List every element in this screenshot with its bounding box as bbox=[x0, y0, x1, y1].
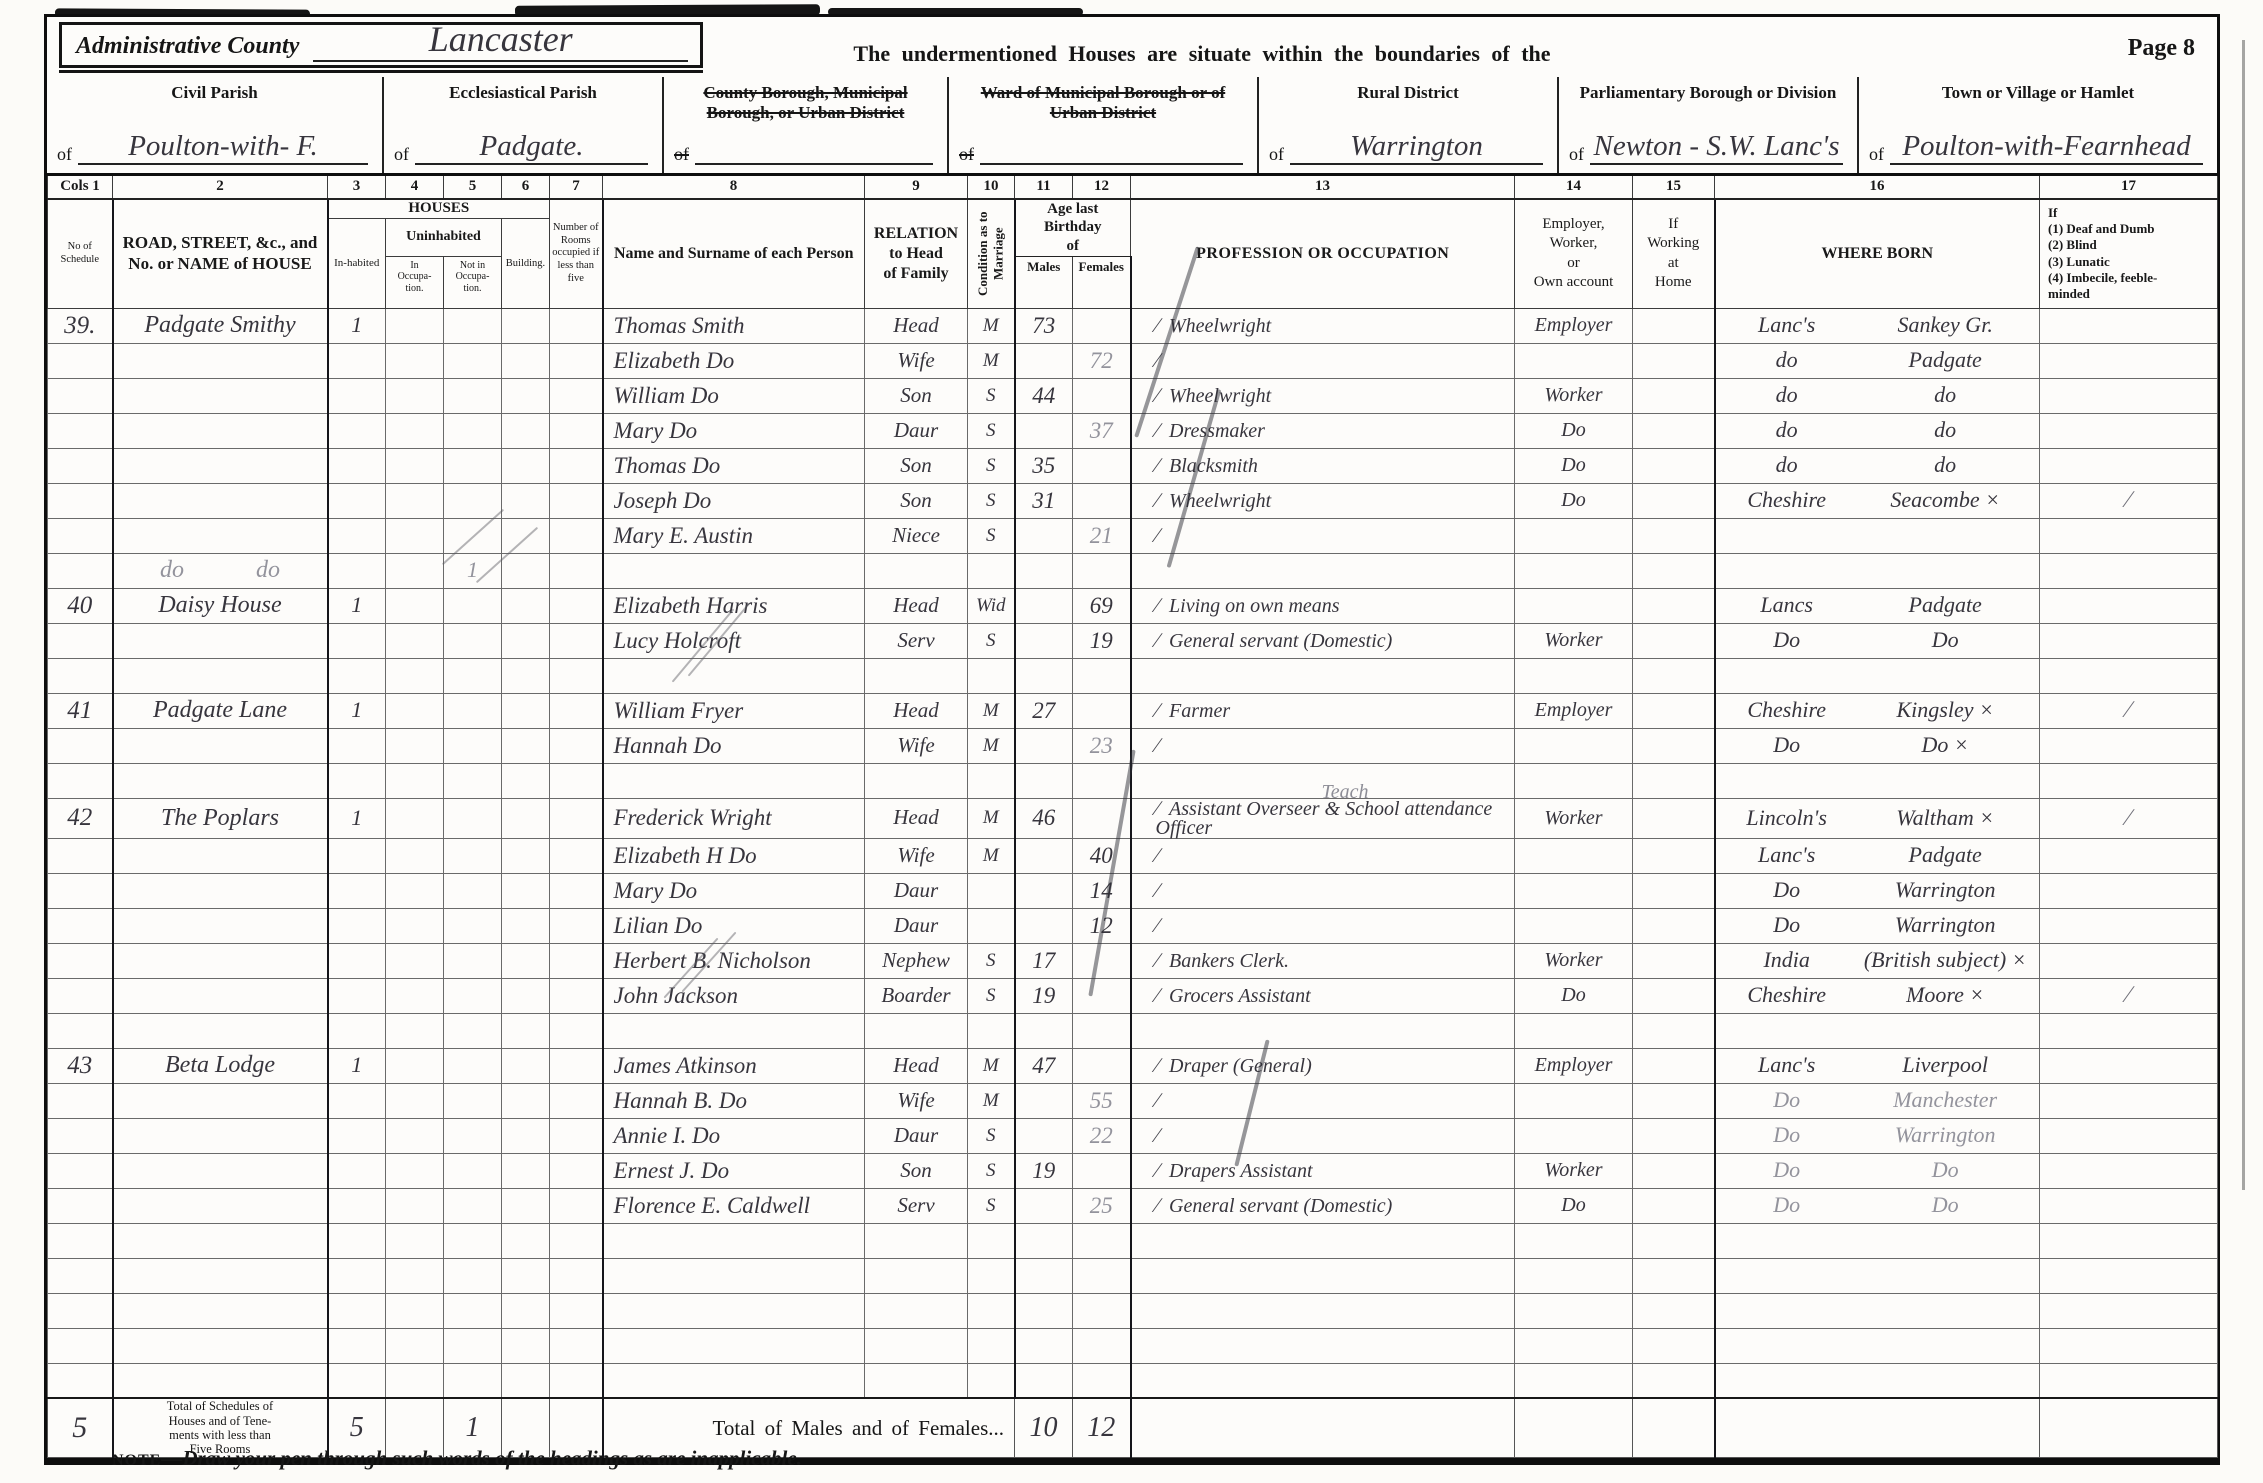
cell-inh bbox=[328, 553, 386, 588]
table-row: Herbert B. NicholsonNephewS17∕Bankers Cl… bbox=[48, 943, 2218, 978]
cell-occ bbox=[386, 588, 444, 623]
cell-occ bbox=[386, 658, 444, 693]
cell-emp bbox=[1515, 1293, 1633, 1328]
cell-road bbox=[113, 483, 328, 518]
cell-bld bbox=[502, 908, 550, 943]
cell-home bbox=[1633, 798, 1715, 838]
cell-name bbox=[603, 763, 865, 798]
cell-inf bbox=[2040, 308, 2218, 343]
col-number: 17 bbox=[2040, 175, 2218, 199]
cell-cond bbox=[968, 1293, 1015, 1328]
cell-sch: 43 bbox=[48, 1048, 113, 1083]
cell-rooms bbox=[550, 1328, 603, 1363]
table-row bbox=[48, 1293, 2218, 1328]
table-row: 40Daisy House1Elizabeth HarrisHeadWid69∕… bbox=[48, 588, 2218, 623]
cell-m: 27 bbox=[1015, 693, 1073, 728]
cell-bld bbox=[502, 448, 550, 483]
cell-name bbox=[603, 1013, 865, 1048]
cell-f: 23 bbox=[1073, 728, 1131, 763]
cell-sch bbox=[48, 623, 113, 658]
cell-occ bbox=[386, 308, 444, 343]
col-number: 3 bbox=[328, 175, 386, 199]
cell-notocc bbox=[444, 343, 502, 378]
header-road: ROAD, STREET, &c., and No. or NAME of HO… bbox=[113, 199, 328, 309]
cell-rooms bbox=[550, 1153, 603, 1188]
cell-inh bbox=[328, 873, 386, 908]
cell-f: 14 bbox=[1073, 873, 1131, 908]
cell-rel: Serv bbox=[865, 1188, 968, 1223]
census-table: Cols 1 2 3 4 5 6 7 8 9 10 11 12 13 14 15… bbox=[47, 173, 2218, 1458]
cell-cond: S bbox=[968, 413, 1015, 448]
cell-sch bbox=[48, 728, 113, 763]
enumerator-tick: ∕ bbox=[1156, 313, 1160, 337]
totals-schedules: 5 bbox=[48, 1398, 113, 1457]
cell-home bbox=[1633, 838, 1715, 873]
enumerator-tick: ∕ bbox=[1156, 523, 1160, 547]
born-county: Do bbox=[1719, 1125, 1855, 1146]
cell-inf bbox=[2040, 1293, 2218, 1328]
cell-inf bbox=[2040, 1363, 2218, 1398]
cell-name: Hannah B. Do bbox=[603, 1083, 865, 1118]
cell-inf bbox=[2040, 623, 2218, 658]
cell-m bbox=[1015, 518, 1073, 553]
cell-inf bbox=[2040, 448, 2218, 483]
cell-f: 72 bbox=[1073, 343, 1131, 378]
cell-road bbox=[113, 763, 328, 798]
cell-home bbox=[1633, 1258, 1715, 1293]
cell-home bbox=[1633, 518, 1715, 553]
district-value: Poulton-with- F. bbox=[128, 130, 318, 162]
cell-born: DoManchester bbox=[1715, 1083, 2040, 1118]
cell-inh bbox=[328, 1328, 386, 1363]
cell-rel bbox=[865, 553, 968, 588]
district-of: of bbox=[959, 144, 974, 165]
cell-f: 40 bbox=[1073, 838, 1131, 873]
cell-rooms bbox=[550, 378, 603, 413]
cell-name bbox=[603, 1258, 865, 1293]
born-place: Warrington bbox=[1855, 880, 2036, 901]
cell-prof: ∕ bbox=[1131, 728, 1515, 763]
col-number: 10 bbox=[968, 175, 1015, 199]
cell-rooms bbox=[550, 1188, 603, 1223]
cell-name: Thomas Do bbox=[603, 448, 865, 483]
cell-road bbox=[113, 378, 328, 413]
cell-rel: Head bbox=[865, 693, 968, 728]
born-place: Do bbox=[1855, 1160, 2036, 1181]
cell-rel: Son bbox=[865, 483, 968, 518]
born-county: Do bbox=[1719, 1195, 1855, 1216]
cell-born: doPadgate bbox=[1715, 343, 2040, 378]
cell-notocc bbox=[444, 1118, 502, 1153]
district-box-county-borough: County Borough, Municipal Borough, or Ur… bbox=[662, 77, 947, 173]
cell-m bbox=[1015, 1013, 1073, 1048]
cell-occ bbox=[386, 763, 444, 798]
cell-cond: S bbox=[968, 1153, 1015, 1188]
cell-inf bbox=[2040, 873, 2218, 908]
cell-notocc bbox=[444, 1258, 502, 1293]
enumerator-tick: ∕ bbox=[1156, 698, 1160, 722]
cell-home bbox=[1633, 1293, 1715, 1328]
cell-sch: 41 bbox=[48, 693, 113, 728]
cell-inh bbox=[328, 1258, 386, 1293]
cell-inf bbox=[2040, 588, 2218, 623]
cell-name: Lucy Holcroft bbox=[603, 623, 865, 658]
cell-cond: S bbox=[968, 378, 1015, 413]
district-of: of bbox=[1269, 144, 1284, 165]
table-row bbox=[48, 1223, 2218, 1258]
cell-f bbox=[1073, 553, 1131, 588]
cell-prof bbox=[1131, 1223, 1515, 1258]
table-row: Mary E. AustinNieceS21∕ bbox=[48, 518, 2218, 553]
cell-bld bbox=[502, 1013, 550, 1048]
cell-bld bbox=[502, 343, 550, 378]
cell-born: Lanc'sPadgate bbox=[1715, 838, 2040, 873]
cell-m bbox=[1015, 873, 1073, 908]
cell-road bbox=[113, 1328, 328, 1363]
cell-notocc bbox=[444, 943, 502, 978]
cell-home bbox=[1633, 1153, 1715, 1188]
cell-rooms bbox=[550, 1118, 603, 1153]
header-inhabited: In-habited bbox=[328, 219, 386, 309]
cell-road bbox=[113, 1118, 328, 1153]
cell-notocc bbox=[444, 588, 502, 623]
cell-road bbox=[113, 413, 328, 448]
cell-m bbox=[1015, 588, 1073, 623]
cell-home bbox=[1633, 873, 1715, 908]
col-number: 12 bbox=[1073, 175, 1131, 199]
cell-rooms bbox=[550, 763, 603, 798]
enumerator-tick: ∕ bbox=[1156, 733, 1160, 757]
cell-born bbox=[1715, 1013, 2040, 1048]
cell-road: Padgate Smithy bbox=[113, 308, 328, 343]
cell-rooms bbox=[550, 588, 603, 623]
cell-notocc bbox=[444, 378, 502, 413]
cell-sch bbox=[48, 343, 113, 378]
born-place: Do bbox=[1855, 1195, 2036, 1216]
cell-notocc bbox=[444, 308, 502, 343]
cell-rel: Daur bbox=[865, 413, 968, 448]
born-county: Do bbox=[1719, 880, 1855, 901]
enumerator-tick: ∕ bbox=[1156, 488, 1160, 512]
header-males: Males bbox=[1015, 256, 1073, 308]
cell-inh bbox=[328, 1118, 386, 1153]
cell-inf bbox=[2040, 378, 2218, 413]
cell-m bbox=[1015, 413, 1073, 448]
cell-road: Beta Lodge bbox=[113, 1048, 328, 1083]
header-houses: HOUSES bbox=[328, 199, 550, 219]
cell-rooms bbox=[550, 1223, 603, 1258]
cell-name bbox=[603, 1363, 865, 1398]
born-place: Do bbox=[1855, 630, 2036, 651]
cell-cond bbox=[968, 1328, 1015, 1363]
cell-cond: S bbox=[968, 943, 1015, 978]
header-rooms: Number of Rooms occupied if less than fi… bbox=[550, 199, 603, 309]
cell-emp bbox=[1515, 908, 1633, 943]
cell-notocc bbox=[444, 1188, 502, 1223]
cell-occ bbox=[386, 728, 444, 763]
district-label: Civil Parish bbox=[47, 83, 382, 103]
cell-bld bbox=[502, 1188, 550, 1223]
born-place: Padgate bbox=[1855, 595, 2036, 616]
cell-m bbox=[1015, 1223, 1073, 1258]
district-label: Rural District bbox=[1259, 83, 1557, 103]
cell-rel bbox=[865, 658, 968, 693]
born-county: India bbox=[1719, 950, 1855, 971]
cell-inf bbox=[2040, 1153, 2218, 1188]
cell-inf bbox=[2040, 908, 2218, 943]
cell-born: DoWarrington bbox=[1715, 873, 2040, 908]
totals-females: 12 bbox=[1073, 1398, 1131, 1457]
cell-sch bbox=[48, 763, 113, 798]
cell-inh: 1 bbox=[328, 798, 386, 838]
cell-rooms bbox=[550, 908, 603, 943]
cell-inf bbox=[2040, 1048, 2218, 1083]
cell-sch bbox=[48, 1258, 113, 1293]
enumerator-tick: ∕ bbox=[1156, 1158, 1160, 1182]
cell-home bbox=[1633, 623, 1715, 658]
cell-rel: Niece bbox=[865, 518, 968, 553]
cell-name: Florence E. Caldwell bbox=[603, 1188, 865, 1223]
cell-emp bbox=[1515, 1363, 1633, 1398]
cell-born: DoWarrington bbox=[1715, 908, 2040, 943]
cell-home bbox=[1633, 1083, 1715, 1118]
cell-cond bbox=[968, 763, 1015, 798]
cell-rooms bbox=[550, 1048, 603, 1083]
cell-rooms bbox=[550, 728, 603, 763]
cell-occ bbox=[386, 553, 444, 588]
cell-rooms bbox=[550, 943, 603, 978]
district-box-rural-district: Rural District ofWarrington bbox=[1257, 77, 1557, 173]
cell-bld bbox=[502, 693, 550, 728]
cell-occ bbox=[386, 798, 444, 838]
cell-prof: ∕ bbox=[1131, 1083, 1515, 1118]
born-county: Lancs bbox=[1719, 595, 1855, 616]
cell-prof: ∕Wheelwright bbox=[1131, 308, 1515, 343]
cell-rel: Son bbox=[865, 378, 968, 413]
cell-road bbox=[113, 1363, 328, 1398]
cell-bld bbox=[502, 588, 550, 623]
cell-born bbox=[1715, 1328, 2040, 1363]
cell-rel bbox=[865, 1293, 968, 1328]
table-row: Thomas DoSonS35∕BlacksmithDododo bbox=[48, 448, 2218, 483]
cell-sch bbox=[48, 378, 113, 413]
cell-bld bbox=[502, 978, 550, 1013]
cell-rooms bbox=[550, 308, 603, 343]
cell-f bbox=[1073, 1048, 1131, 1083]
born-county: Cheshire bbox=[1719, 985, 1855, 1006]
table-row bbox=[48, 658, 2218, 693]
cell-emp: Worker bbox=[1515, 623, 1633, 658]
cell-bld bbox=[502, 798, 550, 838]
cell-bld bbox=[502, 1363, 550, 1398]
cell-sch bbox=[48, 1153, 113, 1188]
born-county: Do bbox=[1719, 735, 1855, 756]
cell-bld bbox=[502, 1083, 550, 1118]
born-place: Moore × bbox=[1855, 985, 2036, 1006]
cell-prof bbox=[1131, 1258, 1515, 1293]
cell-notocc bbox=[444, 658, 502, 693]
cell-m bbox=[1015, 1083, 1073, 1118]
cell-bld bbox=[502, 378, 550, 413]
cell-cond bbox=[968, 1258, 1015, 1293]
cell-f: 55 bbox=[1073, 1083, 1131, 1118]
cell-f bbox=[1073, 308, 1131, 343]
cell-f bbox=[1073, 1223, 1131, 1258]
cell-sch bbox=[48, 978, 113, 1013]
cell-home bbox=[1633, 658, 1715, 693]
cell-f: 21 bbox=[1073, 518, 1131, 553]
cell-inf bbox=[2040, 553, 2218, 588]
cell-born: dodo bbox=[1715, 413, 2040, 448]
cell-emp: Do bbox=[1515, 1188, 1633, 1223]
cell-name bbox=[603, 553, 865, 588]
born-county: Lincoln's bbox=[1719, 808, 1855, 829]
cell-inf bbox=[2040, 1013, 2218, 1048]
cell-notocc bbox=[444, 1328, 502, 1363]
cell-occ bbox=[386, 413, 444, 448]
cell-sch bbox=[48, 1223, 113, 1258]
cell-bld bbox=[502, 838, 550, 873]
cell-road bbox=[113, 978, 328, 1013]
cell-m bbox=[1015, 728, 1073, 763]
enumerator-tick: ∕ bbox=[1156, 913, 1160, 937]
cell-inh bbox=[328, 518, 386, 553]
cell-occ bbox=[386, 1118, 444, 1153]
cell-occ bbox=[386, 1258, 444, 1293]
cell-notocc bbox=[444, 908, 502, 943]
cell-rooms bbox=[550, 1083, 603, 1118]
cell-rel: Serv bbox=[865, 623, 968, 658]
cell-inh bbox=[328, 483, 386, 518]
cell-bld bbox=[502, 1048, 550, 1083]
cell-inh: 1 bbox=[328, 588, 386, 623]
header-profession: PROFESSION OR OCCUPATION bbox=[1131, 199, 1515, 309]
cell-home bbox=[1633, 413, 1715, 448]
district-of: of bbox=[1869, 144, 1884, 165]
cell-born bbox=[1715, 518, 2040, 553]
totals-empty-cell bbox=[1131, 1398, 1515, 1457]
cell-occ bbox=[386, 978, 444, 1013]
cell-occ bbox=[386, 1013, 444, 1048]
cell-home bbox=[1633, 1363, 1715, 1398]
cell-home bbox=[1633, 308, 1715, 343]
cell-name: James Atkinson bbox=[603, 1048, 865, 1083]
cell-road: The Poplars bbox=[113, 798, 328, 838]
cell-emp: Employer bbox=[1515, 693, 1633, 728]
cell-m bbox=[1015, 658, 1073, 693]
cell-prof: ∕ bbox=[1131, 838, 1515, 873]
cell-m bbox=[1015, 1258, 1073, 1293]
cell-prof: ∕Drapers Assistant bbox=[1131, 1153, 1515, 1188]
cell-notocc: 1 bbox=[444, 553, 502, 588]
district-label: Town or Village or Hamlet bbox=[1859, 83, 2217, 103]
cell-inh bbox=[328, 1188, 386, 1223]
cell-home bbox=[1633, 483, 1715, 518]
cell-name bbox=[603, 658, 865, 693]
cell-prof bbox=[1131, 1013, 1515, 1048]
cell-inf bbox=[2040, 658, 2218, 693]
table-row: John JacksonBoarderS19∕Grocers Assistant… bbox=[48, 978, 2218, 1013]
cell-born: Lincoln'sWaltham × bbox=[1715, 798, 2040, 838]
cell-name: Elizabeth Harris bbox=[603, 588, 865, 623]
cell-inf bbox=[2040, 1188, 2218, 1223]
cell-inh bbox=[328, 343, 386, 378]
born-county: Do bbox=[1719, 1160, 1855, 1181]
cell-f bbox=[1073, 1258, 1131, 1293]
col-number: 2 bbox=[113, 175, 328, 199]
header-employer: Employer, Worker, or Own account bbox=[1515, 199, 1633, 309]
enumerator-tick: ∕ bbox=[1156, 418, 1160, 442]
cell-prof: ∕ bbox=[1131, 873, 1515, 908]
cell-notocc bbox=[444, 693, 502, 728]
cell-occ bbox=[386, 1153, 444, 1188]
cell-sch bbox=[48, 448, 113, 483]
cell-m bbox=[1015, 1188, 1073, 1223]
col-number: 9 bbox=[865, 175, 968, 199]
cell-prof: ∕Wheelwright bbox=[1131, 378, 1515, 413]
cell-prof bbox=[1131, 553, 1515, 588]
table-row: Annie I. DoDaurS22∕DoWarrington bbox=[48, 1118, 2218, 1153]
cell-sch bbox=[48, 1293, 113, 1328]
cell-emp bbox=[1515, 588, 1633, 623]
cell-sch bbox=[48, 1328, 113, 1363]
cell-emp bbox=[1515, 873, 1633, 908]
cell-rooms bbox=[550, 1363, 603, 1398]
cell-cond: M bbox=[968, 1083, 1015, 1118]
table-row bbox=[48, 763, 2218, 798]
cell-road: Daisy House bbox=[113, 588, 328, 623]
born-county: Cheshire bbox=[1719, 700, 1855, 721]
cell-bld bbox=[502, 728, 550, 763]
enumerator-tick: ∕ bbox=[1156, 383, 1160, 407]
cell-notocc bbox=[444, 728, 502, 763]
cell-emp bbox=[1515, 343, 1633, 378]
cell-m: 47 bbox=[1015, 1048, 1073, 1083]
cell-rel: Boarder bbox=[865, 978, 968, 1013]
cell-f bbox=[1073, 448, 1131, 483]
cell-m bbox=[1015, 838, 1073, 873]
cell-f: 37 bbox=[1073, 413, 1131, 448]
cell-prof: ∕Bankers Clerk. bbox=[1131, 943, 1515, 978]
cell-inh bbox=[328, 1153, 386, 1188]
col-number: 6 bbox=[502, 175, 550, 199]
cell-m: 17 bbox=[1015, 943, 1073, 978]
cell-name bbox=[603, 1223, 865, 1258]
cell-inh bbox=[328, 623, 386, 658]
table-row: William DoSonS44∕WheelwrightWorkerdodo bbox=[48, 378, 2218, 413]
cell-prof bbox=[1131, 658, 1515, 693]
cell-cond: M bbox=[968, 308, 1015, 343]
admin-row: Administrative County Lancaster The unde… bbox=[47, 17, 2217, 77]
cell-home bbox=[1633, 448, 1715, 483]
cell-cond: M bbox=[968, 343, 1015, 378]
cell-cond bbox=[968, 873, 1015, 908]
cell-road bbox=[113, 343, 328, 378]
cell-rooms bbox=[550, 343, 603, 378]
district-of: of bbox=[674, 144, 689, 165]
cell-m bbox=[1015, 623, 1073, 658]
cell-road bbox=[113, 1293, 328, 1328]
enumerator-tick: ∕ bbox=[1156, 1123, 1160, 1147]
table-row bbox=[48, 1363, 2218, 1398]
cell-name: Mary Do bbox=[603, 413, 865, 448]
cell-home bbox=[1633, 978, 1715, 1013]
enumerator-tick: ∕ bbox=[1156, 628, 1160, 652]
cell-rel bbox=[865, 763, 968, 798]
cell-home bbox=[1633, 1048, 1715, 1083]
cell-f bbox=[1073, 1363, 1131, 1398]
cell-born: CheshireMoore × bbox=[1715, 978, 2040, 1013]
